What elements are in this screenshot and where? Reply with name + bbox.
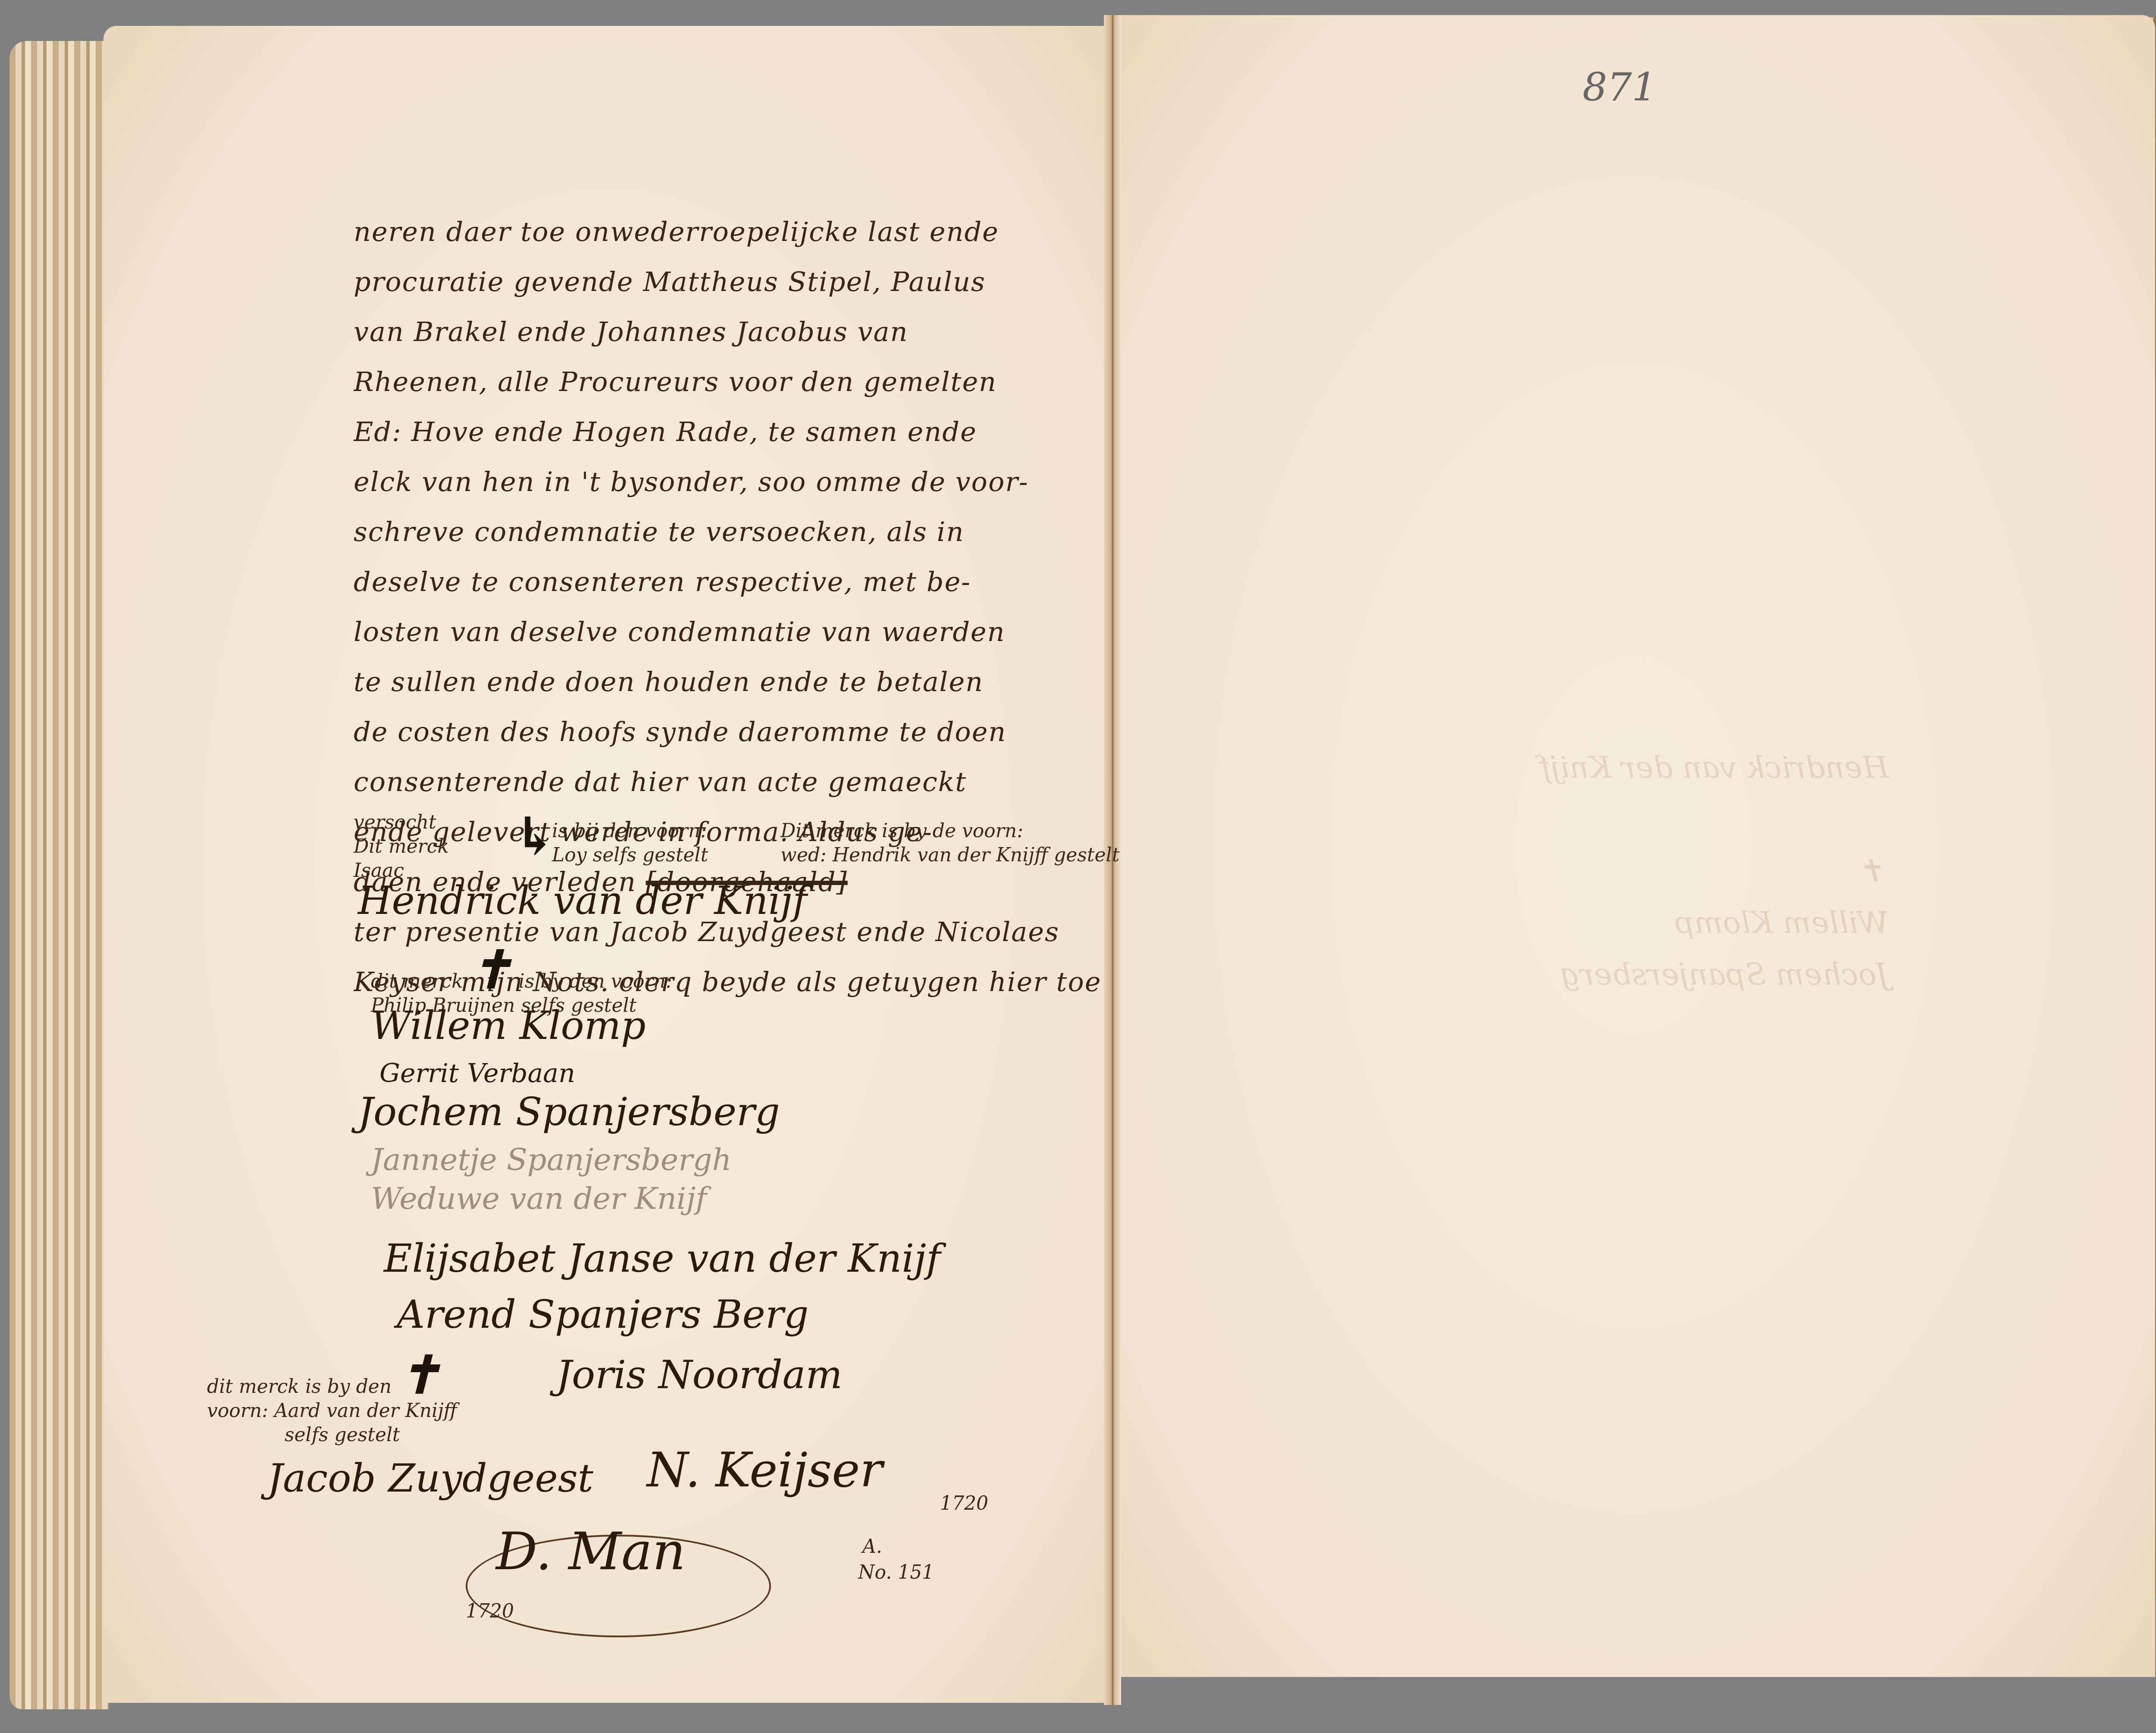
mark-annotation-1: versocht Dit merck Isaac [354,810,449,883]
signature: Jochem Spanjersberg [358,1086,780,1138]
mark-annotation-2: Dit merck is by de voorn: wed: Hendrik v… [780,819,1119,867]
cross-mark-note-2: dit merck is by den ✝ voorn: Aard van de… [207,1354,457,1447]
text-line: Rheenen, alle Procureurs voor den gemelt… [354,357,1112,407]
text-line: elck van hen in 't bysonder, soo omme de… [354,457,1112,507]
text-line: neren daer toe onwederroepelijcke last e… [354,207,1112,257]
notary-signature: D. Man [496,1526,686,1578]
signature: Hendrick van der Knijf [358,875,807,927]
notary-prefix: A. [862,1535,882,1559]
signature: Weduwe van der Knijf [371,1173,707,1224]
signature: Willem Klomp [371,1000,646,1052]
text-line: van Brakel ende Johannes Jacobus van [354,307,1112,357]
text-line: losten van deselve condemnatie van waerd… [354,607,1112,657]
signature: Elijsabet Janse van der Knijf [384,1233,940,1285]
note: is bij den voorn: [552,819,708,843]
text-line: de costen des hoofs synde daeromme te do… [354,707,1112,757]
left-page-edges [9,41,109,1709]
note: Dit merck [354,835,449,859]
text-line: te sullen ende doen houden ende te betal… [354,657,1112,707]
signature: Jacob Zuydgeest [267,1453,593,1505]
open-book: 871 neren daer toe onwederroepelijcke la… [0,0,2156,1733]
text-line: consenterende dat hier van acte gemaeckt [354,757,1112,807]
note: versocht [354,810,449,835]
note: Dit merck is by de voorn: [780,819,1119,843]
notary-number: No. 151 [858,1561,934,1585]
cross-mark-icon: ✝ [398,1345,441,1405]
note: selfs gestelt [207,1423,457,1447]
note: wed: Hendrik van der Knijff gestelt [780,843,1119,867]
note: dit merck is by den ✝ [207,1354,457,1399]
signature: Joris Noordam [556,1349,843,1401]
year-annotation: 1720 [940,1492,988,1516]
note: dit merck ✝ is by den voorn: [371,948,672,994]
mark-annotation-1-right: is bij den voorn: Loy selfs gestelt [552,819,708,867]
note: Loy selfs gestelt [552,843,708,867]
year-annotation: 1720 [466,1599,514,1624]
text-line: schreve condemnatie te versoecken, als i… [354,507,1112,557]
mark-glyph: ↳ [513,815,557,858]
folio-number: 871 [1583,65,1657,110]
text-line: Ed: Hove ende Hogen Rade, te samen ende [354,407,1112,457]
cross-mark-icon: ✝ [469,939,513,1000]
signature: N. Keijser [647,1444,883,1496]
signature: Arend Spanjers Berg [397,1289,808,1341]
note: voorn: Aard van der Knijff [207,1399,457,1423]
text-line: deselve te consenteren respective, met b… [354,557,1112,607]
ink-bleed-through: Hendrick van der Knijf ✝ Willem Klomp Jo… [1328,741,1889,1345]
text-line: procuratie gevende Mattheus Stipel, Paul… [354,257,1112,307]
